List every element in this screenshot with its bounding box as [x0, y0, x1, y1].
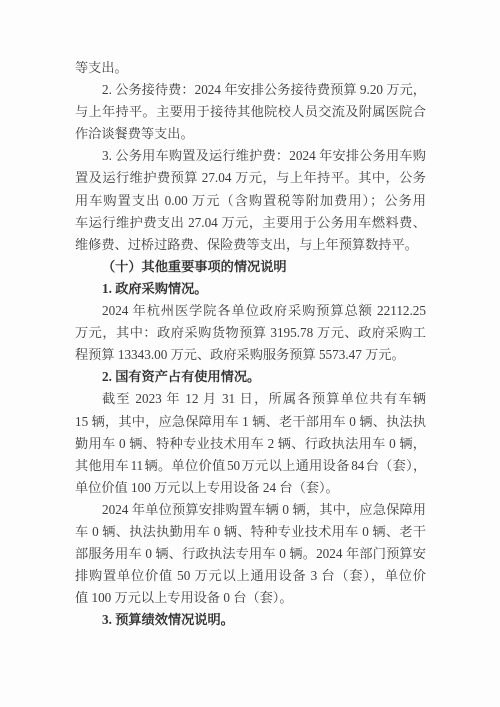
text-line: 程预算 13343.00 万元、政府采购服务预算 5573.47 万元。: [75, 344, 426, 366]
document-page: 等支出。 2. 公务接待费：2024 年安排公务接待费预算 9.20 万元， 与…: [0, 0, 500, 707]
text-line: 车运行维护费支出 27.04 万元，主要用于公务用车燃料费、: [75, 212, 426, 234]
heading-government-procurement: 1. 政府采购情况。: [75, 278, 426, 300]
text-line: 排购置单位价值 50 万元以上通用设备 3 台（套），单位价: [75, 565, 426, 587]
heading-budget-performance: 3. 预算绩效情况说明。: [75, 609, 426, 631]
text-line: 作洽谈餐费等支出。: [75, 123, 426, 145]
text-line: 与上年持平。主要用于接待其他院校人员交流及附属医院合: [75, 101, 426, 123]
text-line: 2024 年杭州医学院各单位政府采购预算总额 22112.25: [75, 300, 426, 322]
text-line: 截至 2023 年 12 月 31 日，所属各预算单位共有车辆: [75, 388, 426, 410]
text-line: 用车购置支出 0.00 万元（含购置税等附加费用）；公务用: [75, 190, 426, 212]
text-line: 3. 公务用车购置及运行维护费：2024 年安排公务用车购: [75, 145, 426, 167]
text-line: 万元，其中：政府采购货物预算 3195.78 万元、政府采购工: [75, 322, 426, 344]
text-line: 等支出。: [75, 57, 426, 79]
heading-state-owned-assets: 2. 国有资产占有使用情况。: [75, 366, 426, 388]
text-line: 维修费、过桥过路费、保险费等支出，与上年预算数持平。: [75, 234, 426, 256]
text-line: 车 0 辆、执法执勤用车 0 辆、特种专业技术用车 0 辆、老干: [75, 521, 426, 543]
text-line: 单位价值 100 万元以上专用设备 24 台（套）。: [75, 477, 426, 499]
text-line: 其他用车 11 辆。单位价值 50 万元以上通用设备 84 台（套），: [75, 455, 426, 477]
text-line: 部服务用车 0 辆、行政执法专用车 0 辆。2024 年部门预算安: [75, 543, 426, 565]
text-line: 2. 公务接待费：2024 年安排公务接待费预算 9.20 万元，: [75, 79, 426, 101]
text-line: 勤用车 0 辆、特种专业技术用车 2 辆、行政执法用车 0 辆，: [75, 433, 426, 455]
section-heading-other-important-matters: （十）其他重要事项的情况说明: [75, 256, 426, 278]
text-line: 置及运行维护费预算 27.04 万元，与上年持平。其中，公务: [75, 167, 426, 189]
text-line: 15 辆，其中，应急保障用车 1 辆、老干部用车 0 辆、执法执: [75, 411, 426, 433]
text-line: 2024 年单位预算安排购置车辆 0 辆，其中，应急保障用: [75, 499, 426, 521]
text-line: 值 100 万元以上专用设备 0 台（套）。: [75, 587, 426, 609]
